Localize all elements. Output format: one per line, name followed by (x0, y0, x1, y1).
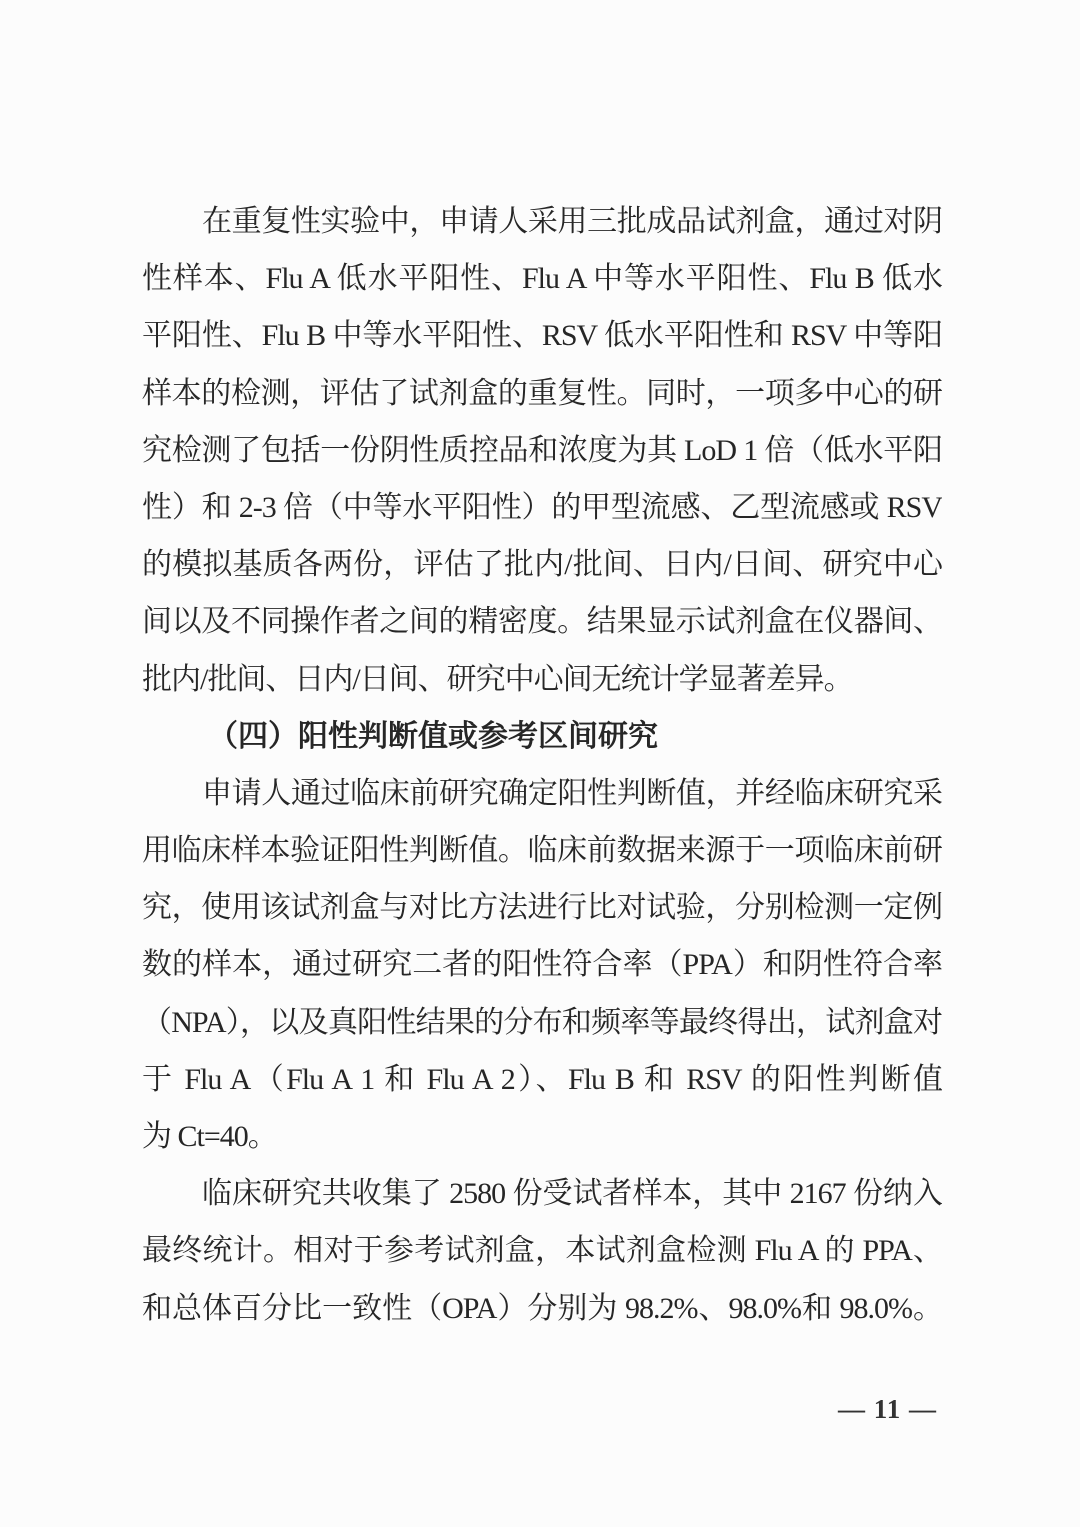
paragraph-repeatability: 在重复性实验中，申请人采用三批成品试剂盒，通过对阴 性样本、Flu A 低水平阳… (142, 193, 942, 708)
text-line: 于 Flu A（Flu A 1 和 Flu A 2）、Flu B 和 RSV 的… (142, 1051, 942, 1108)
text-line: 究检测了包括一份阴性质控品和浓度为其 LoD 1 倍（低水平阳 (142, 422, 942, 479)
text-line: 性）和 2-3 倍（中等水平阳性）的甲型流感、乙型流感或 RSV (142, 479, 942, 536)
text-line: 在重复性实验中，申请人采用三批成品试剂盒，通过对阴 (142, 193, 942, 250)
text-line: 申请人通过临床前研究确定阳性判断值，并经临床研究采 (142, 765, 942, 822)
text-line: 的模拟基质各两份，评估了批内/批间、日内/日间、研究中心 (142, 536, 942, 593)
text-line: 性样本、Flu A 低水平阳性、Flu A 中等水平阳性、Flu B 低水 (142, 250, 942, 307)
document-page-body: 在重复性实验中，申请人采用三批成品试剂盒，通过对阴 性样本、Flu A 低水平阳… (142, 193, 942, 1337)
text-line: 样本的检测，评估了试剂盒的重复性。同时，一项多中心的研 (142, 365, 942, 422)
text-line: （NPA），以及真阳性结果的分布和频率等最终得出，试剂盒对 (142, 994, 942, 1051)
text-line: 批内/批间、日内/日间、研究中心间无统计学显著差异。 (142, 651, 942, 708)
paragraph-clinical-study: 临床研究共收集了 2580 份受试者样本，其中 2167 份纳入 最终统计。相对… (142, 1165, 942, 1337)
text-line: 平阳性、Flu B 中等水平阳性、RSV 低水平阳性和 RSV 中等阳性 (142, 307, 942, 364)
text-line: 间以及不同操作者之间的精密度。结果显示试剂盒在仪器间、 (142, 593, 942, 650)
text-line: 用临床样本验证阳性判断值。临床前数据来源于一项临床前研 (142, 822, 942, 879)
paragraph-cutoff-study: 申请人通过临床前研究确定阳性判断值，并经临床研究采 用临床样本验证阳性判断值。临… (142, 765, 942, 1165)
section-heading: （四）阳性判断值或参考区间研究 (142, 708, 942, 765)
text-line: 和总体百分比一致性（OPA）分别为 98.2%、98.0%和 98.0%。 (142, 1280, 942, 1337)
text-line: 究，使用该试剂盒与对比方法进行比对试验，分别检测一定例 (142, 879, 942, 936)
text-line: 为 Ct=40。 (142, 1108, 942, 1165)
page-number: — 11 — (838, 1392, 937, 1426)
text-line: 最终统计。相对于参考试剂盒，本试剂盒检测 Flu A 的 PPA、NPA (142, 1222, 942, 1279)
text-line: 临床研究共收集了 2580 份受试者样本，其中 2167 份纳入 (142, 1165, 942, 1222)
text-line: 数的样本，通过研究二者的阳性符合率（PPA）和阴性符合率 (142, 936, 942, 993)
